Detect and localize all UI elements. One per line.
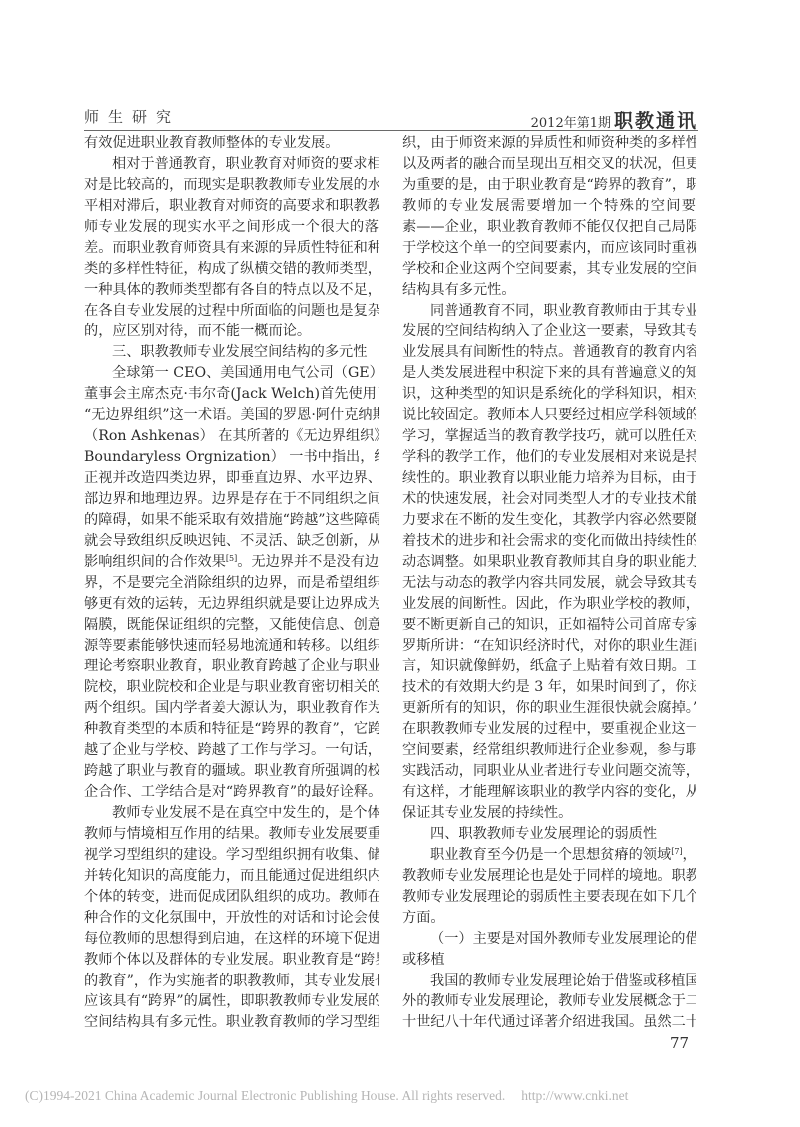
text-line: 影响组织间的合作效果[5]。无边界并不是没有边 xyxy=(84,552,379,573)
line-text: 我国的教师专业发展理论始于借鉴或移植国 xyxy=(430,973,696,989)
text-line: 以及两者的融合而呈现出互相交叉的状况，但更 xyxy=(402,154,696,175)
text-line: 动态调整。如果职业教育教师其自身的职业能力 xyxy=(402,552,696,573)
text-line: 发展的空间结构纳入了企业这一要素，导致其专 xyxy=(402,321,696,342)
line-text: 界，不是要完全消除组织的边界，而是希望组织能 xyxy=(84,575,379,591)
line-text: 学校和企业这两个空间要素，其专业发展的空间 xyxy=(402,261,696,277)
line-text: Boundaryless Orgnization） 一书中指出，组织必须要 xyxy=(84,449,379,465)
section-heading: 三、职教教师专业发展空间结构的多元性 xyxy=(84,342,379,363)
text-line: 种教育类型的本质和特征是“跨界的教育”，它跨 xyxy=(84,719,379,740)
text-line: 为重要的是，由于职业教育是“跨界的教育”，职教 xyxy=(402,175,696,196)
line-text: 理论考察职业教育，职业教育跨越了企业与职业 xyxy=(84,658,379,674)
text-line: 企合作、工学结合是对“跨界教育”的最好诠释。 xyxy=(84,782,379,803)
left-column: 有效促进职业教育教师整体的专业发展。相对于普通教育，职业教育对师资的要求相对是比… xyxy=(84,133,379,1033)
text-line: 一种具体的教师类型都有各自的特点以及不足， xyxy=(84,280,379,301)
line-text: 教师专业发展理论的弱质性主要表现在如下几个 xyxy=(402,889,696,905)
text-line: 个体的转变，进而促成团队组织的成功。教师在一 xyxy=(84,887,379,908)
text-line: 对是比较高的，而现实是职教教师专业发展的水 xyxy=(84,175,379,196)
text-line: 教师个体以及群体的专业发展。职业教育是“跨界 xyxy=(84,950,379,971)
line-text: 教师专业发展不是在真空中发生的，是个体 xyxy=(112,805,379,821)
line-text: 罗斯所讲：“在知识经济时代，对你的职业生涯而 xyxy=(402,638,696,654)
text-line: 有效促进职业教育教师整体的专业发展。 xyxy=(84,133,379,154)
line-text: 两个组织。国内学者姜大源认为，职业教育作为一 xyxy=(84,700,379,716)
page-number: 77 xyxy=(670,1034,689,1052)
text-line: 方面。 xyxy=(402,908,696,929)
line-text: 识，这种类型的知识是系统化的学科知识，相对来 xyxy=(402,386,696,402)
citation-reference: [7] xyxy=(671,847,682,856)
line-text-continued: 。无边界并不是没有边 xyxy=(237,554,379,570)
text-line: 或移植 xyxy=(402,950,696,971)
line-text: 企合作、工学结合是对“跨界教育”的最好诠释。 xyxy=(84,784,379,800)
text-line: 续性的。职业教育以职业能力培养为目标，由于技 xyxy=(402,468,696,489)
text-line: 够更有效的运转，无边界组织就是要让边界成为 xyxy=(84,594,379,615)
line-text: 一种具体的教师类型都有各自的特点以及不足， xyxy=(84,282,379,298)
line-text: 在职教教师专业发展的过程中，要重视企业这一 xyxy=(402,721,696,737)
text-line: （一）主要是对国外教师专业发展理论的借鉴 xyxy=(402,929,696,950)
line-text: 有这样，才能理解该职业的教学内容的变化，从而 xyxy=(402,784,696,800)
text-line: 并转化知识的高度能力，而且能通过促进组织内 xyxy=(84,866,379,887)
text-line: 应该具有“跨界”的属性，即职教教师专业发展的 xyxy=(84,991,379,1012)
line-text: 着技术的进步和社会需求的变化而做出持续性的 xyxy=(402,533,696,549)
line-text: 或移植 xyxy=(402,952,445,968)
text-line: 全球第一 CEO、美国通用电气公司（GE）前任 xyxy=(84,363,379,384)
line-text: 十世纪八十年代通过译著介绍进我国。虽然二十 xyxy=(402,1014,696,1030)
text-line: 于学校这个单一的空间要素内，而应该同时重视 xyxy=(402,238,696,259)
line-text: 的，应区别对待，而不能一概而论。 xyxy=(84,323,311,339)
line-text: 空间结构具有多元性。职业教育教师的学习型组 xyxy=(84,1014,379,1030)
text-line: 在职教教师专业发展的过程中，要重视企业这一 xyxy=(402,719,696,740)
line-text: 要不断更新自己的知识，正如福特公司首席专家 xyxy=(402,617,696,633)
text-line: 职业教育至今仍是一个思想贫瘠的领域[7]，职 xyxy=(402,845,696,866)
line-text: 以及两者的融合而呈现出互相交叉的状况，但更 xyxy=(402,156,696,172)
text-line: 学科的教学工作，他们的专业发展相对来说是持 xyxy=(402,447,696,468)
text-line: 罗斯所讲：“在知识经济时代，对你的职业生涯而 xyxy=(402,636,696,657)
text-line: 董事会主席杰克·韦尔奇(Jack Welch)首先使用了 xyxy=(84,384,379,405)
line-text: 影响组织间的合作效果 xyxy=(84,554,226,570)
line-text: 相对于普通教育，职业教育对师资的要求相 xyxy=(112,156,379,172)
running-header: 师生研究 2012年第1期职教通讯 xyxy=(84,104,698,131)
text-line: 平相对滞后，职业教育对师资的高要求和职教教 xyxy=(84,196,379,217)
line-text: 方面。 xyxy=(402,910,445,926)
text-line: 每位教师的思想得到启迪，在这样的环境下促进 xyxy=(84,929,379,950)
line-text: 言，知识就像鲜奶，纸盒子上贴着有效日期。工程 xyxy=(402,658,696,674)
text-line: 外的教师专业发展理论，教师专业发展概念于二 xyxy=(402,991,696,1012)
line-text: 技术的有效期大约是 3 年，如果时间到了，你还不 xyxy=(402,679,696,695)
citation-reference: [5] xyxy=(226,554,237,563)
text-line: 类的多样性特征，构成了纵横交错的教师类型，每 xyxy=(84,259,379,280)
text-line: 技术的有效期大约是 3 年，如果时间到了，你还不 xyxy=(402,677,696,698)
line-text: 师专业发展的现实水平之间形成一个很大的落 xyxy=(84,219,379,235)
text-line: 教师的专业发展需要增加一个特殊的空间要 xyxy=(402,196,696,217)
text-line: 我国的教师专业发展理论始于借鉴或移植国 xyxy=(402,971,696,992)
line-text: 于学校这个单一的空间要素内，而应该同时重视 xyxy=(402,240,696,256)
line-text: 素——企业，职业教育教师不能仅仅把自己局限 xyxy=(402,219,696,235)
text-line: 在各自专业发展的过程中所面临的问题也是复杂 xyxy=(84,301,379,322)
text-line: 源等要素能够快速而轻易地流通和转移。以组织 xyxy=(84,636,379,657)
text-line: 着技术的进步和社会需求的变化而做出持续性的 xyxy=(402,531,696,552)
line-text: 同普通教育不同，职业教育教师由于其专业 xyxy=(430,303,696,319)
line-text: 为重要的是，由于职业教育是“跨界的教育”，职教 xyxy=(402,177,696,193)
text-line: 的，应区别对待，而不能一概而论。 xyxy=(84,321,379,342)
text-line: 识，这种类型的知识是系统化的学科知识，相对来 xyxy=(402,384,696,405)
journal-logo: 职教通讯 xyxy=(614,110,698,132)
footer-url: http://www.cnki.net xyxy=(521,1088,628,1103)
text-line: 部边界和地理边界。边界是存在于不同组织之间 xyxy=(84,489,379,510)
text-line: 界，不是要完全消除组织的边界，而是希望组织能 xyxy=(84,573,379,594)
line-text: 类的多样性特征，构成了纵横交错的教师类型，每 xyxy=(84,261,379,277)
line-text: 三、职教教师专业发展空间结构的多元性 xyxy=(112,344,367,360)
copyright-text: (C)1994-2021 China Academic Journal Elec… xyxy=(25,1088,505,1103)
line-text: 董事会主席杰克·韦尔奇(Jack Welch)首先使用了 xyxy=(84,386,379,402)
line-text: 源等要素能够快速而轻易地流通和转移。以组织 xyxy=(84,638,379,654)
line-text: “无边界组织”这一术语。美国的罗恩·阿什克纳斯 xyxy=(84,407,379,423)
line-text: 每位教师的思想得到启迪，在这样的环境下促进 xyxy=(84,931,379,947)
line-text: 院校，职业院校和企业是与职业教育密切相关的 xyxy=(84,679,379,695)
text-line: 相对于普通教育，职业教育对师资的要求相 xyxy=(84,154,379,175)
line-text: 更新所有的知识，你的职业生涯很快就会腐掉。” xyxy=(402,700,696,716)
line-text: 学科的教学工作，他们的专业发展相对来说是持 xyxy=(402,449,696,465)
section-heading: 四、职教教师专业发展理论的弱质性 xyxy=(402,824,696,845)
line-text: 的教育”，作为实施者的职教教师，其专业发展也 xyxy=(84,973,379,989)
line-text: 种合作的文化氛围中，开放性的对话和讨论会使 xyxy=(84,910,379,926)
issue-info: 2012年第1期职教通讯 xyxy=(531,106,698,133)
text-line: 正视并改造四类边界，即垂直边界、水平边界、外 xyxy=(84,468,379,489)
text-line: 素——企业，职业教育教师不能仅仅把自己局限 xyxy=(402,217,696,238)
line-text: 说比较固定。教师本人只要经过相应学科领域的 xyxy=(402,407,696,423)
line-text: 对是比较高的，而现实是职教教师专业发展的水 xyxy=(84,177,379,193)
line-text: 的障碍，如果不能采取有效措施“跨越”这些障碍， xyxy=(84,512,379,528)
line-text: 外的教师专业发展理论，教师专业发展概念于二 xyxy=(402,993,696,1009)
text-line: 院校，职业院校和企业是与职业教育密切相关的 xyxy=(84,677,379,698)
line-text: 术的快速发展，社会对同类型人才的专业技术能 xyxy=(402,491,696,507)
line-text: 视学习型组织的建设。学习型组织拥有收集、储存 xyxy=(84,847,379,863)
text-line: 说比较固定。教师本人只要经过相应学科领域的 xyxy=(402,405,696,426)
line-text: 教教师专业发展理论也是处于同样的境地。职教 xyxy=(402,868,696,884)
text-line: 空间要素，经常组织教师进行企业参观，参与职业 xyxy=(402,740,696,761)
line-text: 在各自专业发展的过程中所面临的问题也是复杂 xyxy=(84,303,379,319)
line-text: 并转化知识的高度能力，而且能通过促进组织内 xyxy=(84,868,379,884)
text-line: 教师专业发展理论的弱质性主要表现在如下几个 xyxy=(402,887,696,908)
line-text: 差。而职业教育师资具有来源的异质性特征和种 xyxy=(84,240,379,256)
line-text: 种教育类型的本质和特征是“跨界的教育”，它跨 xyxy=(84,721,379,737)
line-text: 教师个体以及群体的专业发展。职业教育是“跨界 xyxy=(84,952,379,968)
text-line: 两个组织。国内学者姜大源认为，职业教育作为一 xyxy=(84,698,379,719)
text-line: 要不断更新自己的知识，正如福特公司首席专家 xyxy=(402,615,696,636)
text-line: 业发展具有间断性的特点。普通教育的教育内容 xyxy=(402,342,696,363)
text-line: 无法与动态的教学内容共同发展，就会导致其专 xyxy=(402,573,696,594)
text-line: 学校和企业这两个空间要素，其专业发展的空间 xyxy=(402,259,696,280)
line-text: 正视并改造四类边界，即垂直边界、水平边界、外 xyxy=(84,470,379,486)
text-line: 业发展的间断性。因此，作为职业学校的教师，需 xyxy=(402,594,696,615)
text-line: 织，由于师资来源的异质性和师资种类的多样性 xyxy=(402,133,696,154)
text-line: 术的快速发展，社会对同类型人才的专业技术能 xyxy=(402,489,696,510)
line-text: （一）主要是对国外教师专业发展理论的借鉴 xyxy=(430,931,696,947)
text-line: 教师与情境相互作用的结果。教师专业发展要重 xyxy=(84,824,379,845)
text-line: 隔膜，既能保证组织的完整，又能使信息、创意、资 xyxy=(84,615,379,636)
line-text: 越了企业与学校、跨越了工作与学习。一句话，它 xyxy=(84,742,379,758)
line-text: 学习，掌握适当的教育教学技巧，就可以胜任对应 xyxy=(402,428,696,444)
text-line: 理论考察职业教育，职业教育跨越了企业与职业 xyxy=(84,656,379,677)
text-line: 实践活动，同职业从业者进行专业问题交流等，只 xyxy=(402,761,696,782)
line-text: 发展的空间结构纳入了企业这一要素，导致其专 xyxy=(402,323,696,339)
line-text: 四、职教教师专业发展理论的弱质性 xyxy=(430,826,657,842)
text-line: 教教师专业发展理论也是处于同样的境地。职教 xyxy=(402,866,696,887)
text-line: 就会导致组织反映迟钝、不灵活、缺乏创新，从而 xyxy=(84,531,379,552)
line-text: 无法与动态的教学内容共同发展，就会导致其专 xyxy=(402,575,696,591)
line-text: 应该具有“跨界”的属性，即职教教师专业发展的 xyxy=(84,993,379,1009)
copyright-footer: (C)1994-2021 China Academic Journal Elec… xyxy=(25,1088,628,1104)
text-line: 保证其专业发展的持续性。 xyxy=(402,803,696,824)
right-column: 织，由于师资来源的异质性和师资种类的多样性以及两者的融合而呈现出互相交叉的状况，… xyxy=(402,133,696,1033)
line-text: 部边界和地理边界。边界是存在于不同组织之间 xyxy=(84,491,379,507)
line-text: 空间要素，经常组织教师进行企业参观，参与职业 xyxy=(402,742,696,758)
line-text: 力要求在不断的发生变化，其教学内容必然要随 xyxy=(402,512,696,528)
line-text: 保证其专业发展的持续性。 xyxy=(402,805,572,821)
line-text: 教师的专业发展需要增加一个特殊的空间要 xyxy=(402,198,696,214)
line-text: 是人类发展进程中积淀下来的具有普遍意义的知 xyxy=(402,365,696,381)
line-text: 职业教育至今仍是一个思想贫瘠的领域 xyxy=(430,847,671,863)
text-line: 学习，掌握适当的教育教学技巧，就可以胜任对应 xyxy=(402,426,696,447)
line-text: （Ron Ashkenas） 在其所著的《无边界组织》（The xyxy=(84,428,379,444)
section-name: 师生研究 xyxy=(84,106,180,127)
text-line: 言，知识就像鲜奶，纸盒子上贴着有效日期。工程 xyxy=(402,656,696,677)
line-text: 全球第一 CEO、美国通用电气公司（GE）前任 xyxy=(112,365,379,381)
line-text: 平相对滞后，职业教育对师资的高要求和职教教 xyxy=(84,198,379,214)
line-text: 结构具有多元性。 xyxy=(402,282,516,298)
text-line: 力要求在不断的发生变化，其教学内容必然要随 xyxy=(402,510,696,531)
text-line: 师专业发展的现实水平之间形成一个很大的落 xyxy=(84,217,379,238)
text-line: 同普通教育不同，职业教育教师由于其专业 xyxy=(402,301,696,322)
text-line: Boundaryless Orgnization） 一书中指出，组织必须要 xyxy=(84,447,379,468)
line-text: 织，由于师资来源的异质性和师资种类的多样性 xyxy=(402,135,696,151)
issue-number: 2012年第1期 xyxy=(531,116,611,131)
text-line: （Ron Ashkenas） 在其所著的《无边界组织》（The xyxy=(84,426,379,447)
text-line: 空间结构具有多元性。职业教育教师的学习型组 xyxy=(84,1012,379,1033)
line-text: 隔膜，既能保证组织的完整，又能使信息、创意、资 xyxy=(84,617,379,633)
line-text: 实践活动，同职业从业者进行专业问题交流等，只 xyxy=(402,763,696,779)
text-line: 是人类发展进程中积淀下来的具有普遍意义的知 xyxy=(402,363,696,384)
text-line: 十世纪八十年代通过译著介绍进我国。虽然二十 xyxy=(402,1012,696,1033)
line-text: 就会导致组织反映迟钝、不灵活、缺乏创新，从而 xyxy=(84,533,379,549)
text-line: 更新所有的知识，你的职业生涯很快就会腐掉。”[6] xyxy=(402,698,696,719)
line-text: 续性的。职业教育以职业能力培养为目标，由于技 xyxy=(402,470,696,486)
text-line: 结构具有多元性。 xyxy=(402,280,696,301)
text-line: 差。而职业教育师资具有来源的异质性特征和种 xyxy=(84,238,379,259)
text-line: 教师专业发展不是在真空中发生的，是个体 xyxy=(84,803,379,824)
text-line: “无边界组织”这一术语。美国的罗恩·阿什克纳斯 xyxy=(84,405,379,426)
text-line: 种合作的文化氛围中，开放性的对话和讨论会使 xyxy=(84,908,379,929)
text-line: 有这样，才能理解该职业的教学内容的变化，从而 xyxy=(402,782,696,803)
line-text: 跨越了职业与教育的疆域。职业教育所强调的校 xyxy=(84,763,379,779)
line-text: 个体的转变，进而促成团队组织的成功。教师在一 xyxy=(84,889,379,905)
line-text-continued: ，职 xyxy=(683,847,696,863)
line-text: 够更有效的运转，无边界组织就是要让边界成为 xyxy=(84,596,379,612)
text-line: 视学习型组织的建设。学习型组织拥有收集、储存 xyxy=(84,845,379,866)
line-text: 业发展具有间断性的特点。普通教育的教育内容 xyxy=(402,344,696,360)
line-text: 业发展的间断性。因此，作为职业学校的教师，需 xyxy=(402,596,696,612)
line-text: 有效促进职业教育教师整体的专业发展。 xyxy=(84,135,339,151)
text-line: 的障碍，如果不能采取有效措施“跨越”这些障碍， xyxy=(84,510,379,531)
line-text: 教师与情境相互作用的结果。教师专业发展要重 xyxy=(84,826,379,842)
text-line: 的教育”，作为实施者的职教教师，其专业发展也 xyxy=(84,971,379,992)
text-line: 跨越了职业与教育的疆域。职业教育所强调的校 xyxy=(84,761,379,782)
line-text: 动态调整。如果职业教育教师其自身的职业能力 xyxy=(402,554,696,570)
text-line: 越了企业与学校、跨越了工作与学习。一句话，它 xyxy=(84,740,379,761)
